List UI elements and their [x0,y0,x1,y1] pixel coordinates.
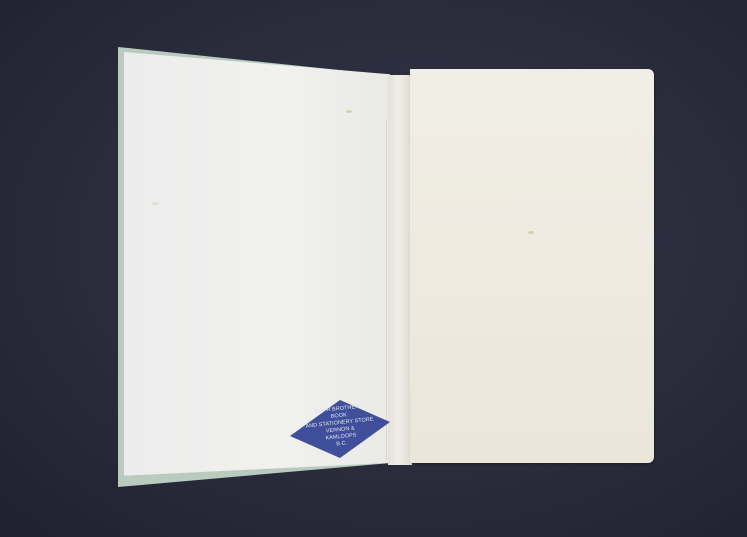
book-hinge [388,75,412,465]
label-text: SMITH BROTHERS BOOK AND STATIONERY STORE… [288,401,392,453]
foxing-spot [152,202,158,205]
foxing-spot [346,110,352,113]
bookseller-label: SMITH BROTHERS BOOK AND STATIONERY STORE… [290,400,390,458]
book-photo: SMITH BROTHERS BOOK AND STATIONERY STORE… [0,0,747,537]
foxing-spot [528,231,534,234]
flyleaf-page [410,69,654,463]
